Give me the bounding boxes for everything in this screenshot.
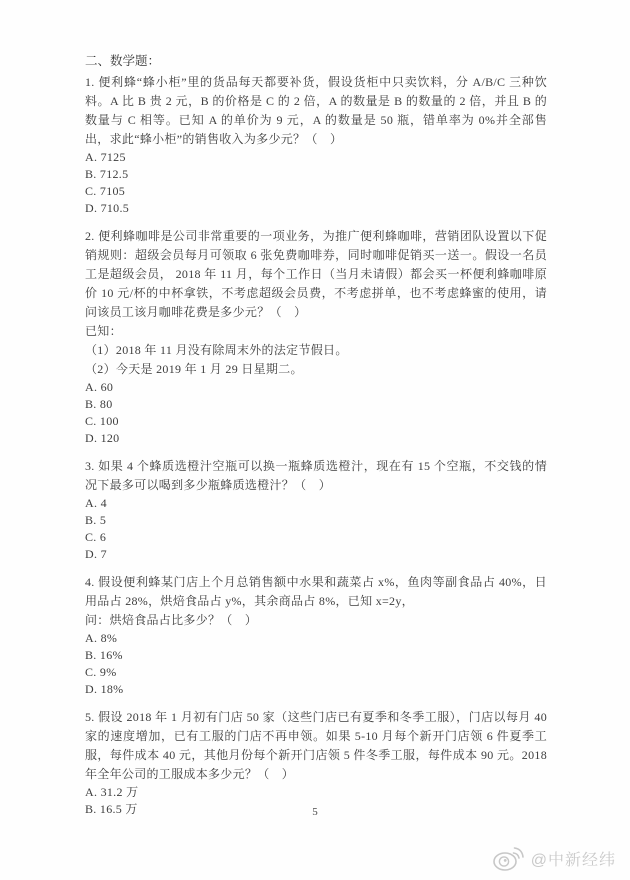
option: A. 8%: [85, 630, 547, 647]
option: B. 16%: [85, 647, 547, 664]
question-1: 1. 便利蜂“蜂小柜”里的货品每天都要补货，假设货柜中只卖饮料，分 A/B/C …: [85, 73, 547, 217]
option: B. 80: [85, 396, 547, 413]
question-text: 5. 假设 2018 年 1 月初有门店 50 家（这些门店已有夏季和冬季工服）…: [85, 708, 547, 784]
known-condition-2: （2）今天是 2019 年 1 月 29 日星期二。: [85, 360, 547, 379]
question-5: 5. 假设 2018 年 1 月初有门店 50 家（这些门店已有夏季和冬季工服）…: [85, 708, 547, 818]
question-4: 4. 假设便利蜂某门店上个月总销售额中水果和蔬菜占 x%，鱼肉等副食品占 40%…: [85, 573, 547, 698]
option: B. 712.5: [85, 166, 547, 183]
option: C. 9%: [85, 664, 547, 681]
question-text: 3. 如果 4 个蜂质选橙汁空瓶可以换一瓶蜂质选橙汁，现在有 15 个空瓶，不交…: [85, 457, 547, 495]
option: A. 7125: [85, 149, 547, 166]
option: D. 18%: [85, 681, 547, 698]
weibo-icon: [492, 844, 524, 872]
question-text: 1. 便利蜂“蜂小柜”里的货品每天都要补货，假设货柜中只卖饮料，分 A/B/C …: [85, 73, 547, 149]
watermark: @中新经纬: [492, 844, 616, 872]
section-title: 二、数学题：: [85, 52, 547, 71]
option: A. 31.2 万: [85, 784, 547, 801]
question-2: 2. 便利蜂咖啡是公司非常重要的一项业务，为推广便利蜂咖啡，营销团队设置以下促销…: [85, 227, 547, 447]
question-text: 2. 便利蜂咖啡是公司非常重要的一项业务，为推广便利蜂咖啡，营销团队设置以下促销…: [85, 227, 547, 322]
known-condition-1: （1）2018 年 11 月没有除周末外的法定节假日。: [85, 341, 547, 360]
question-3: 3. 如果 4 个蜂质选橙汁空瓶可以换一瓶蜂质选橙汁，现在有 15 个空瓶，不交…: [85, 457, 547, 563]
known-conditions-label: 已知：: [85, 322, 547, 341]
option: A. 60: [85, 379, 547, 396]
watermark-handle: @中新经纬: [531, 847, 616, 870]
document-content: 二、数学题： 1. 便利蜂“蜂小柜”里的货品每天都要补货，假设货柜中只卖饮料，分…: [85, 52, 547, 828]
option: D. 7: [85, 546, 547, 563]
option: A. 4: [85, 495, 547, 512]
option: C. 6: [85, 529, 547, 546]
option: D. 120: [85, 430, 547, 447]
document-page: 二、数学题： 1. 便利蜂“蜂小柜”里的货品每天都要补货，假设货柜中只卖饮料，分…: [0, 0, 630, 880]
question-text: 4. 假设便利蜂某门店上个月总销售额中水果和蔬菜占 x%，鱼肉等副食品占 40%…: [85, 573, 547, 611]
page-number: 5: [0, 806, 630, 818]
option: C. 100: [85, 413, 547, 430]
option: B. 5: [85, 512, 547, 529]
option: C. 7105: [85, 183, 547, 200]
question-prompt: 问：烘焙食品占比多少？（ ）: [85, 611, 547, 630]
option: D. 710.5: [85, 200, 547, 217]
